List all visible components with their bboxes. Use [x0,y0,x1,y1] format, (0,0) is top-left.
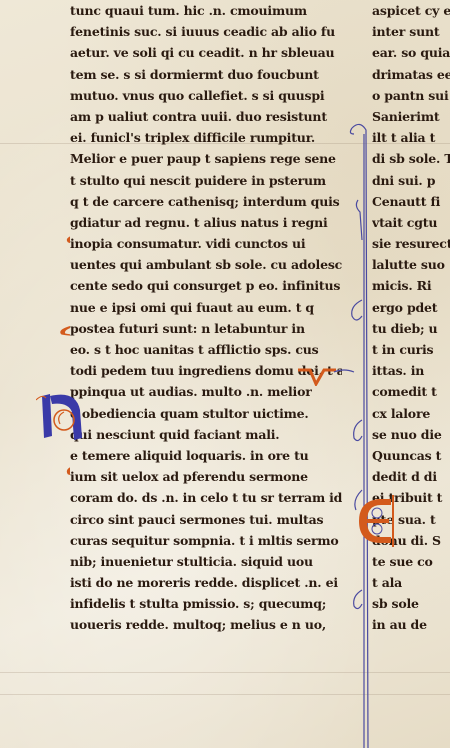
text-line: Cenautt fi [372,191,450,212]
text-line: aetur. ve soli qi cu ceadit. n hr sbleua… [70,42,342,63]
text-line: t ala [372,572,450,593]
text-line: se nuo die [372,424,450,445]
text-line: ergo pdet [372,297,450,318]
text-line: coram do. ds .n. in celo t tu sr terram … [70,487,342,508]
text-line: t stulto qui nescit puidere in psterum [70,170,342,191]
text-line: aspicet cy e [372,0,450,21]
initial-letter-e-icon [355,495,403,547]
text-line: dedit d di [372,466,450,487]
text-line: gdiatur ad regnu. t alius natus i regni [70,212,342,233]
text-line: eo. s t hoc uanitas t afflictio sps. cus [70,339,342,360]
text-line: ium sit uelox ad pferendu sermone [70,466,342,487]
text-line: qui nesciunt quid faciant mali. [70,424,342,445]
text-line: di sb sole. T [372,148,450,169]
red-paraph-v-icon [296,364,356,386]
text-line: mutuo. vnus quo callefiet. s si quuspi [70,85,342,106]
text-line: Melior e puer paup t sapiens rege sene [70,148,342,169]
text-line: drimatas ee [372,64,450,85]
text-line: circo sint pauci sermones tui. multas [70,509,342,530]
text-line: sb sole [372,593,450,614]
text-line: Quuncas t [372,445,450,466]
text-line: nue e ipsi omi qui fuaut au eum. t q [70,297,342,318]
text-line: lalutte suo [372,254,450,275]
text-line: q t de carcere cathenisq; interdum quis … [70,191,342,212]
text-line: t in curis [372,339,450,360]
text-line: tem se. s si dormiermt duo foucbunt [70,64,342,85]
text-line: e temere aliquid loquaris. in ore tu [70,445,342,466]
text-line: isti do ne moreris redde. displicet .n. … [70,572,342,593]
text-line: Sanierimt [372,106,450,127]
text-line: vtait cgtu [372,212,450,233]
text-line: ilt t alia t [372,127,450,148]
text-line: nib; inuenietur stulticia. siquid uou [70,551,342,572]
initial-letter-n-icon [36,390,90,446]
text-line: curas sequitur sompnia. t i mltis sermo [70,530,342,551]
blue-penwork-border-icon [348,120,374,748]
text-line: ittas. in [372,360,450,381]
red-penwork-border-icon [30,20,70,748]
text-line: inopia consumatur. vidi cunctos ui [70,233,342,254]
text-line: micis. Ri [372,275,450,296]
text-line: in au de [372,614,450,635]
text-line: dni sui. p [372,170,450,191]
left-text-column: tunc quaui tum. hic .n. cmouimumfenetini… [70,0,342,636]
text-line: o pantn sui [372,85,450,106]
text-line: e obediencia quam stultor uictime. [70,403,342,424]
text-line: ei. funicl's triplex difficile rumpitur. [70,127,342,148]
text-line: cente sedo qui consurget p eo. infinitus [70,275,342,296]
text-line: fenetinis suc. si iuuus ceadic ab alio f… [70,21,342,42]
text-line: comedit t [372,381,450,402]
text-line: cx lalore [372,403,450,424]
text-line: tunc quaui tum. hic .n. cmouimum [70,0,342,21]
text-line: te sue co [372,551,450,572]
text-line: infidelis t stulta pmissio. s; quecumq; [70,593,342,614]
text-line: tu dieb; u [372,318,450,339]
text-line: am p ualiut contra uuii. duo resistunt [70,106,342,127]
text-line: ear. so quia [372,42,450,63]
text-line: inter sunt [372,21,450,42]
text-line: sie resurecti [372,233,450,254]
text-line: uentes qui ambulant sb sole. cu adolesc [70,254,342,275]
text-line: postea futuri sunt: n letabuntur in [70,318,342,339]
manuscript-page: tunc quaui tum. hic .n. cmouimumfenetini… [0,0,450,748]
text-line: uoueris redde. multoq; melius e n uo, [70,614,342,635]
